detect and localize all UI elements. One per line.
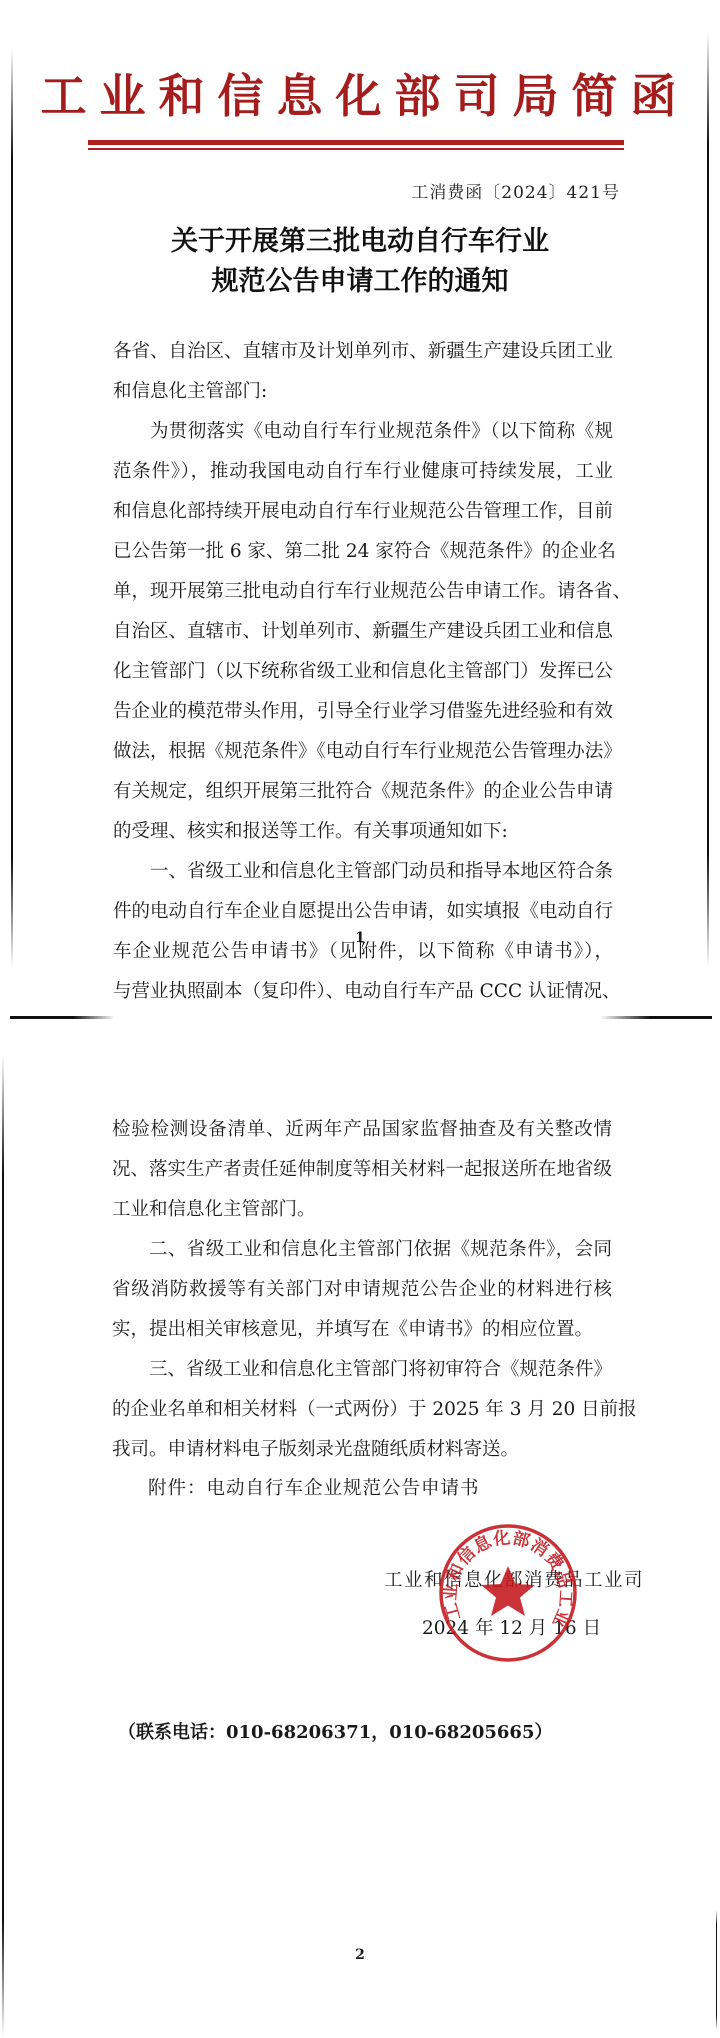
body-text-page-1: 各省、自治区、直辖市及计划单列市、新疆生产建设兵团工业 和信息化主管部门: 为贯… [113, 332, 613, 1012]
item-1-line: 况、落实生产者责任延伸制度等相关材料一起报送所在地省级 [112, 1150, 612, 1190]
paragraph-line: 单，现开展第三批电动自行车行业规范公告申请工作。请各省、 [113, 572, 613, 612]
paragraph-line: 为贯彻落实《电动自行车行业规范条件》（以下简称《规 [113, 412, 613, 452]
official-seal-stamp: 工业和信息化部消费品工业司 [437, 1522, 579, 1664]
paragraph-line: 自治区、直辖市、计划单列市、新疆生产建设兵团工业和信息 [113, 612, 613, 652]
paragraph-line: 已公告第一批 6 家、第二批 24 家符合《规范条件》的企业名 [113, 532, 613, 572]
paragraph-line: 有关规定，组织开展第三批符合《规范条件》的企业公告申请 [113, 772, 613, 812]
page-edge-left [11, 48, 13, 968]
document-number: 工消费函〔2024〕421号 [411, 178, 620, 203]
page-number: 1 [0, 930, 720, 946]
letterhead-rule-thin [88, 148, 624, 150]
page-edge-left [2, 1055, 4, 2038]
item-2-line: 省级消防救援等有关部门对申请规范公告企业的材料进行核 [112, 1270, 612, 1310]
document-title: 关于开展第三批电动自行车行业 规范公告申请工作的通知 [0, 222, 720, 302]
item-1-line: 件的电动自行车企业自愿提出公告申请，如实填报《电动自行 [113, 892, 613, 932]
item-3-line: 我司。申请材料电子版刻录光盘随纸质材料寄送。 [112, 1430, 612, 1470]
paragraph-line: 和信息化部持续开展电动自行车行业规范公告管理工作，目前 [113, 492, 613, 532]
title-line: 关于开展第三批电动自行车行业 [0, 222, 720, 262]
paragraph-line: 告企业的模范带头作用，引导全行业学习借鉴先进经验和有效 [113, 692, 613, 732]
contact-phone: （联系电话：010-68206371，010-68205665） [118, 1718, 552, 1744]
paragraph-line: 的受理、核实和报送等工作。有关事项通知如下: [113, 812, 613, 852]
item-2-line: 二、省级工业和信息化主管部门依据《规范条件》，会同 [112, 1230, 612, 1270]
letterhead-rule-thick [88, 140, 624, 145]
salutation-line: 各省、自治区、直辖市及计划单列市、新疆生产建设兵团工业 [113, 332, 613, 372]
title-line: 规范公告申请工作的通知 [0, 262, 720, 302]
item-3-line: 三、省级工业和信息化主管部门将初审符合《规范条件》 [112, 1350, 612, 1390]
item-1-line: 与营业执照副本（复印件）、电动自行车产品 CCC 认证情况、 [113, 972, 613, 1012]
page-edge-right [707, 32, 709, 967]
item-1-line: 一、省级工业和信息化主管部门动员和指导本地区符合条 [113, 852, 613, 892]
paragraph-line: 化主管部门（以下统称省级工业和信息化主管部门）发挥已公 [113, 652, 613, 692]
red-star-seal-icon: 工业和信息化部消费品工业司 [437, 1522, 579, 1664]
page-number: 2 [0, 1947, 720, 1963]
item-2-line: 实，提出相关审核意见，并填写在《申请书》的相应位置。 [112, 1310, 612, 1350]
page-edge-right [716, 1910, 717, 2030]
attachment-note: 附件：电动自行车企业规范公告申请书 [148, 1474, 480, 1500]
item-3-line: 的企业名单和相关材料（一式两份）于 2025 年 3 月 20 日前报 [112, 1390, 612, 1430]
paragraph-line: 范条件》），推动我国电动自行车行业健康可持续发展，工业 [113, 452, 613, 492]
document-page-1: 工业和信息化部司局简函 工消费函〔2024〕421号 关于开展第三批电动自行车行… [0, 0, 720, 1000]
item-1-line: 检验检测设备清单、近两年产品国家监督抽查及有关整改情 [112, 1110, 612, 1150]
body-text-page-2: 检验检测设备清单、近两年产品国家监督抽查及有关整改情 况、落实生产者责任延伸制度… [112, 1110, 612, 1470]
item-1-line: 工业和信息化主管部门。 [112, 1190, 612, 1230]
salutation-line: 和信息化主管部门: [113, 372, 613, 412]
letterhead-title: 工业和信息化部司局简函 [0, 66, 720, 126]
page-separator-edge [10, 1016, 115, 1019]
paragraph-line: 做法，根据《规范条件》《电动自行车行业规范公告管理办法》 [113, 732, 613, 772]
page-separator-edge [600, 1016, 712, 1019]
